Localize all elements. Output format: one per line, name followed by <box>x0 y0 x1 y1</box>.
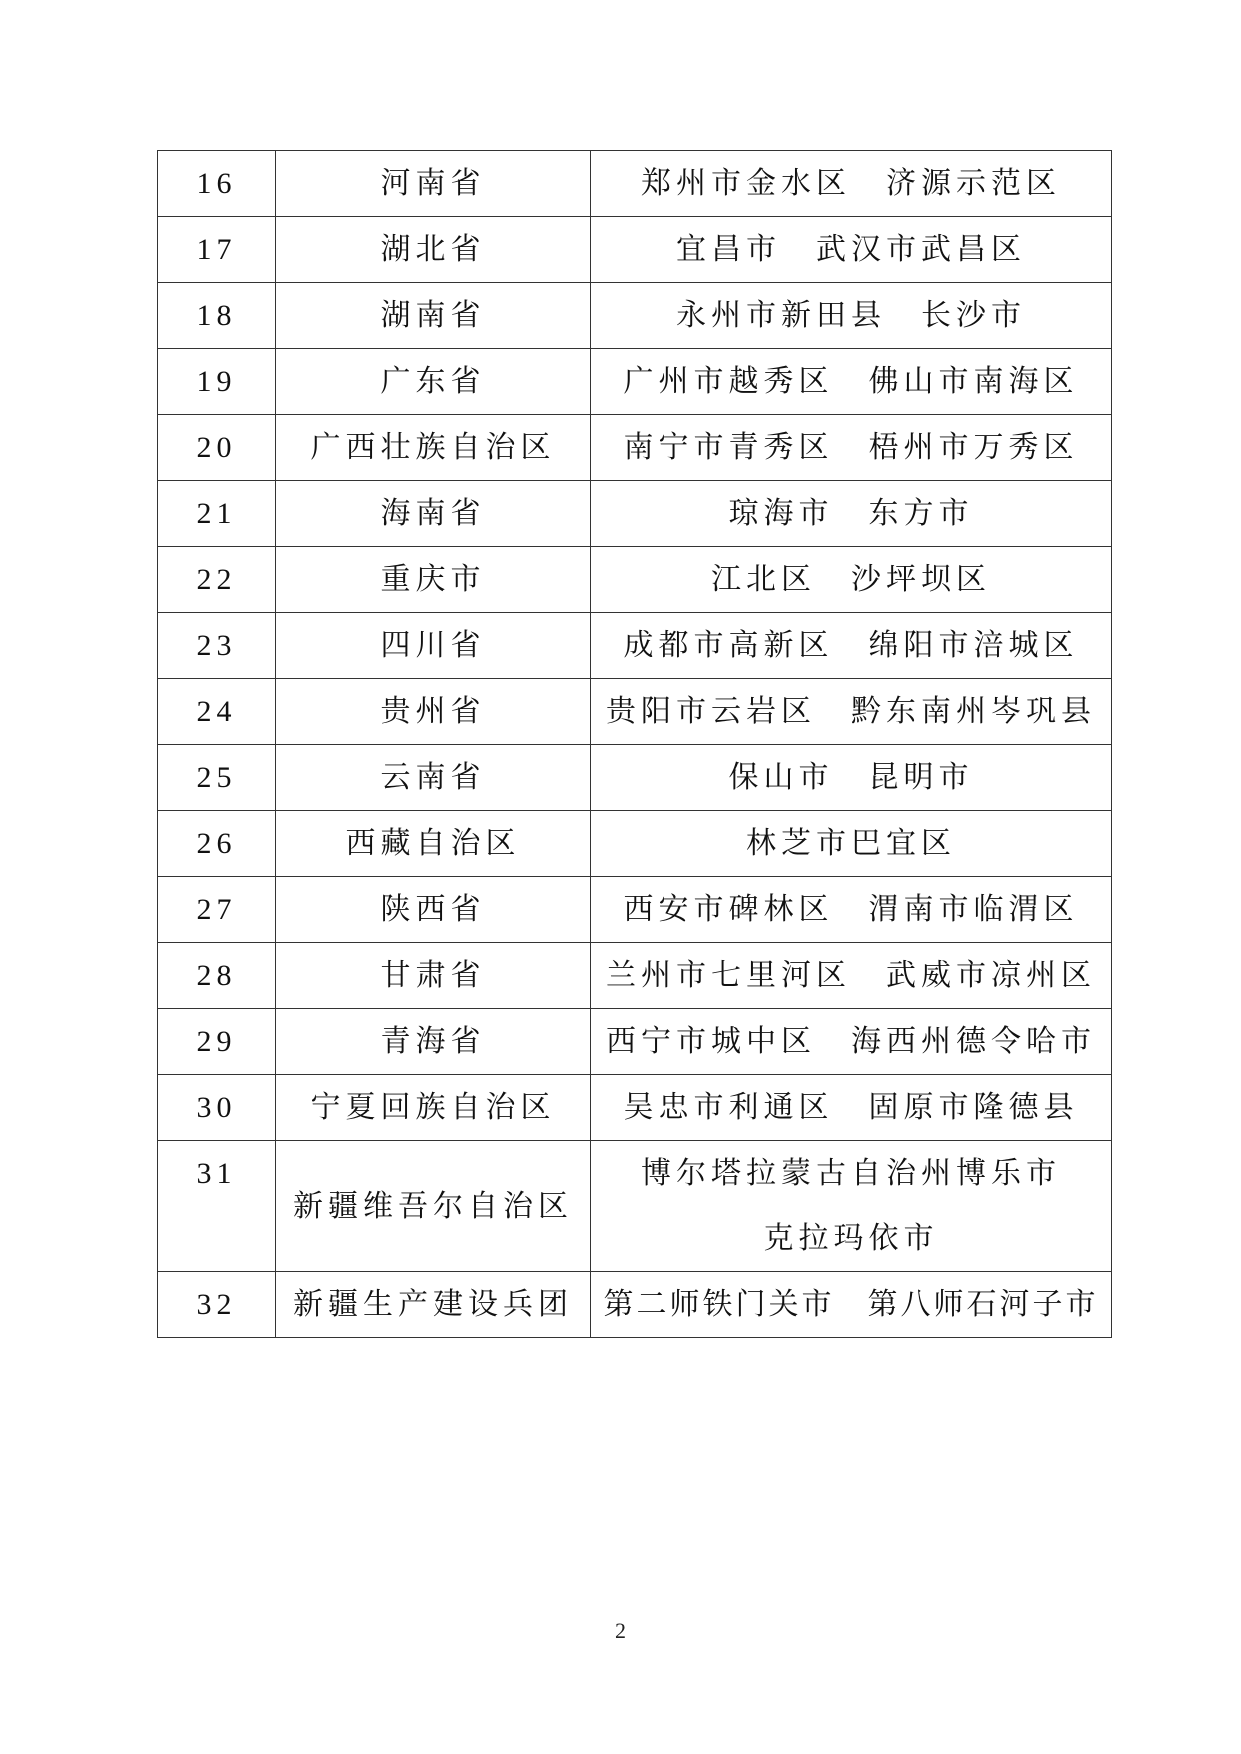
row-number: 29 <box>158 1009 276 1075</box>
table-row: 27 陕西省 西安市碑林区 渭南市临渭区 <box>158 877 1112 943</box>
row-number: 24 <box>158 679 276 745</box>
table-row: 32 新疆生产建设兵团 第二师铁门关市 第八师石河子市 <box>158 1272 1112 1338</box>
cities-cell: 南宁市青秀区 梧州市万秀区 <box>591 415 1112 481</box>
province-cell: 新疆生产建设兵团 <box>276 1272 591 1338</box>
cities-line: 博尔塔拉蒙古自治州博乐市 <box>591 1141 1111 1206</box>
cities-cell: 贵阳市云岩区 黔东南州岑巩县 <box>591 679 1112 745</box>
province-cell: 青海省 <box>276 1009 591 1075</box>
cities-cell: 吴忠市利通区 固原市隆德县 <box>591 1075 1112 1141</box>
province-cell: 湖南省 <box>276 283 591 349</box>
row-number: 32 <box>158 1272 276 1338</box>
cities-cell: 郑州市金水区 济源示范区 <box>591 151 1112 217</box>
table-row: 17 湖北省 宜昌市 武汉市武昌区 <box>158 217 1112 283</box>
row-number: 31 <box>158 1141 276 1272</box>
cities-cell: 第二师铁门关市 第八师石河子市 <box>591 1272 1112 1338</box>
row-number: 21 <box>158 481 276 547</box>
province-cell: 贵州省 <box>276 679 591 745</box>
row-number: 26 <box>158 811 276 877</box>
table-row: 25 云南省 保山市 昆明市 <box>158 745 1112 811</box>
row-number: 27 <box>158 877 276 943</box>
cities-cell: 西安市碑林区 渭南市临渭区 <box>591 877 1112 943</box>
cities-cell: 博尔塔拉蒙古自治州博乐市 克拉玛依市 <box>591 1141 1112 1272</box>
cities-line: 克拉玛依市 <box>591 1206 1111 1271</box>
province-cell: 甘肃省 <box>276 943 591 1009</box>
province-cell: 海南省 <box>276 481 591 547</box>
cities-cell: 琼海市 东方市 <box>591 481 1112 547</box>
cities-cell: 广州市越秀区 佛山市南海区 <box>591 349 1112 415</box>
table-row: 31 新疆维吾尔自治区 博尔塔拉蒙古自治州博乐市 克拉玛依市 <box>158 1141 1112 1272</box>
row-number: 30 <box>158 1075 276 1141</box>
province-cell: 云南省 <box>276 745 591 811</box>
table-row: 21 海南省 琼海市 东方市 <box>158 481 1112 547</box>
row-number: 17 <box>158 217 276 283</box>
table-row: 18 湖南省 永州市新田县 长沙市 <box>158 283 1112 349</box>
cities-cell: 永州市新田县 长沙市 <box>591 283 1112 349</box>
province-cell: 广西壮族自治区 <box>276 415 591 481</box>
row-number: 28 <box>158 943 276 1009</box>
row-number: 22 <box>158 547 276 613</box>
province-cell: 陕西省 <box>276 877 591 943</box>
table-row: 24 贵州省 贵阳市云岩区 黔东南州岑巩县 <box>158 679 1112 745</box>
row-number: 20 <box>158 415 276 481</box>
province-cell: 宁夏回族自治区 <box>276 1075 591 1141</box>
cities-cell: 林芝市巴宜区 <box>591 811 1112 877</box>
row-number: 16 <box>158 151 276 217</box>
table-row: 30 宁夏回族自治区 吴忠市利通区 固原市隆德县 <box>158 1075 1112 1141</box>
table-row: 28 甘肃省 兰州市七里河区 武威市凉州区 <box>158 943 1112 1009</box>
province-cell: 广东省 <box>276 349 591 415</box>
province-cell: 四川省 <box>276 613 591 679</box>
pilot-regions-table: 16 河南省 郑州市金水区 济源示范区 17 湖北省 宜昌市 武汉市武昌区 18… <box>157 150 1112 1338</box>
province-cell: 重庆市 <box>276 547 591 613</box>
cities-cell: 成都市高新区 绵阳市涪城区 <box>591 613 1112 679</box>
province-cell: 西藏自治区 <box>276 811 591 877</box>
document-page: 16 河南省 郑州市金水区 济源示范区 17 湖北省 宜昌市 武汉市武昌区 18… <box>0 0 1241 1754</box>
cities-cell: 江北区 沙坪坝区 <box>591 547 1112 613</box>
row-number: 18 <box>158 283 276 349</box>
province-cell: 湖北省 <box>276 217 591 283</box>
province-cell: 河南省 <box>276 151 591 217</box>
table-row: 16 河南省 郑州市金水区 济源示范区 <box>158 151 1112 217</box>
table-row: 20 广西壮族自治区 南宁市青秀区 梧州市万秀区 <box>158 415 1112 481</box>
cities-cell: 兰州市七里河区 武威市凉州区 <box>591 943 1112 1009</box>
table-row: 23 四川省 成都市高新区 绵阳市涪城区 <box>158 613 1112 679</box>
table-row: 29 青海省 西宁市城中区 海西州德令哈市 <box>158 1009 1112 1075</box>
table-row: 26 西藏自治区 林芝市巴宜区 <box>158 811 1112 877</box>
cities-cell: 宜昌市 武汉市武昌区 <box>591 217 1112 283</box>
table-row: 22 重庆市 江北区 沙坪坝区 <box>158 547 1112 613</box>
province-cell: 新疆维吾尔自治区 <box>276 1141 591 1272</box>
page-number: 2 <box>0 1618 1241 1644</box>
cities-cell: 西宁市城中区 海西州德令哈市 <box>591 1009 1112 1075</box>
row-number: 23 <box>158 613 276 679</box>
row-number: 25 <box>158 745 276 811</box>
row-number: 19 <box>158 349 276 415</box>
cities-cell: 保山市 昆明市 <box>591 745 1112 811</box>
table-row: 19 广东省 广州市越秀区 佛山市南海区 <box>158 349 1112 415</box>
